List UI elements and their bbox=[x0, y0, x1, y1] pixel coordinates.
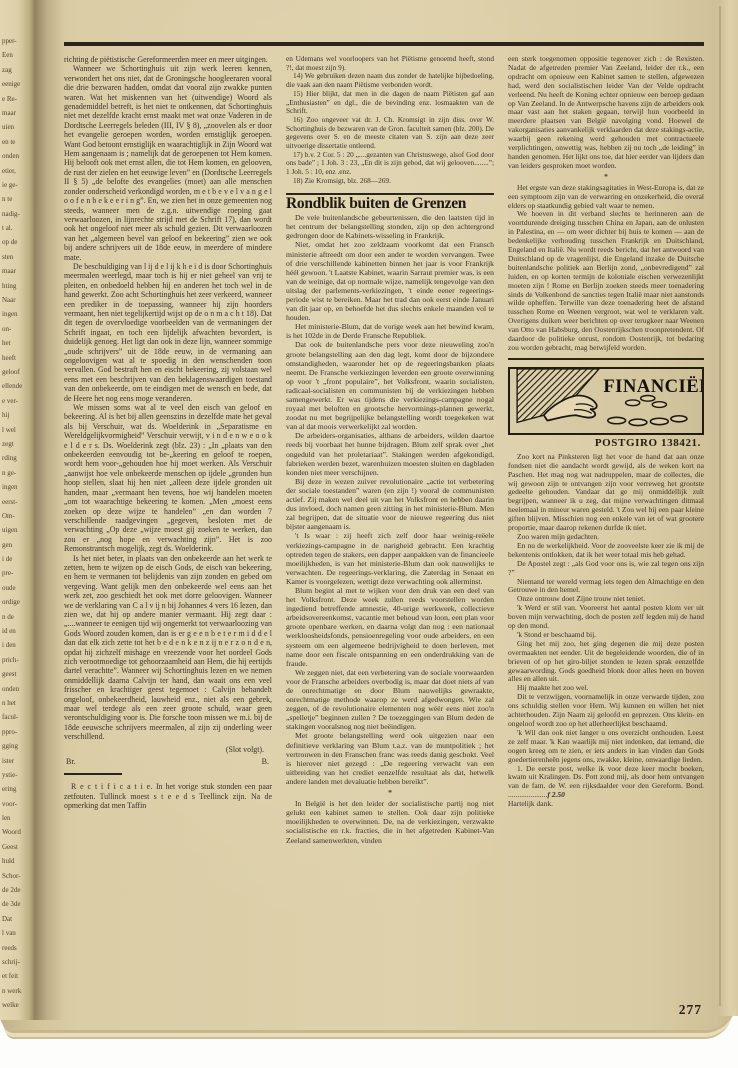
spine-fragment: heeft bbox=[2, 351, 34, 365]
spine-fragment: ingen bbox=[2, 480, 34, 494]
spine-fragment: hting bbox=[2, 279, 34, 293]
spine-fragment: maar bbox=[2, 264, 34, 278]
paragraph: Het ergste van deze stakingsagitaties in… bbox=[508, 184, 704, 211]
spine-fragment: ering bbox=[2, 782, 34, 796]
spine-fragment: voor- bbox=[2, 797, 34, 811]
closing-line: (Slot volgt). bbox=[64, 745, 264, 754]
author-initials-right: B. bbox=[262, 757, 269, 766]
page-paper: pper-Eenzageenigee Re-maaruienen teonden… bbox=[0, 0, 738, 1030]
spine-fragment: ystie- bbox=[2, 768, 34, 782]
spine-fragment: en te bbox=[2, 135, 34, 149]
spine-fragment: i den bbox=[2, 638, 34, 652]
donation-entry: 1. De eerste post, welke ik voor deze ke… bbox=[508, 765, 704, 801]
spine-fragment: ellende bbox=[2, 379, 34, 393]
spine-fragment: rding bbox=[2, 451, 34, 465]
thanks-line: Hartelijk dank. bbox=[508, 800, 704, 809]
rectification-note: R e c t i f i c a t i e. In het vorige s… bbox=[64, 782, 272, 810]
article-text: De vele buitenlandsche gebeurtenissen, d… bbox=[286, 213, 494, 786]
paragraph: Blum begint al met te wijken voor den dr… bbox=[286, 586, 494, 668]
spine-fragment: gen bbox=[2, 538, 34, 552]
spine-fragment: n werk bbox=[2, 984, 34, 998]
spine-fragment: onden bbox=[2, 149, 34, 163]
spine-fragment: Een bbox=[2, 48, 34, 62]
paragraph: De arbeiders-organisaties, althans de ar… bbox=[286, 431, 494, 476]
column-right: een sterk toegenomen oppositie tegenover… bbox=[508, 55, 704, 1015]
paragraph: Zoo kort na Pinksteren ligt het voor de … bbox=[508, 453, 704, 533]
paragraph: Met groote belangstelling werd ook uitge… bbox=[286, 731, 494, 786]
hand-dropping-coins-illustration: FINANCIËN bbox=[510, 369, 702, 433]
paragraph: We missen soms wat al te veel den eisch … bbox=[64, 403, 272, 554]
spine-fragment: eenige bbox=[2, 77, 34, 91]
page-content: richting de piëtistische Gereformeerden … bbox=[64, 42, 704, 1015]
paragraph: De vele buitenlandsche gebeurtenissen, d… bbox=[286, 213, 494, 240]
spine-fragment: Woord bbox=[2, 825, 34, 839]
spine-fragment: de 2de bbox=[2, 883, 34, 897]
footnote: 15) Hier blijkt, dat men in die dagen de… bbox=[286, 90, 494, 116]
footnote: en Udemans wel voorloopers van het Piëti… bbox=[286, 55, 494, 72]
paragraph: Is het niet beter, in plaats van den onb… bbox=[64, 554, 272, 742]
section-separator-star: * bbox=[508, 173, 704, 182]
financien-top-rule bbox=[508, 358, 704, 360]
spine-fragment: t al. bbox=[2, 221, 34, 235]
spine-fragment: l wel bbox=[2, 423, 34, 437]
spine-fragment: Schor- bbox=[2, 869, 34, 883]
spine-fragment: Naar bbox=[2, 293, 34, 307]
spine-fragment: Om- bbox=[2, 509, 34, 523]
spine-fragment: n ge- bbox=[2, 466, 34, 480]
spine-fragment: ingen bbox=[2, 307, 34, 321]
spine-fragment: l van bbox=[2, 926, 34, 940]
section-divider bbox=[64, 773, 122, 775]
financien-title: FINANCIËN bbox=[603, 376, 702, 397]
footnote: 18) Zie Kromsigt, blz. 268—269. bbox=[286, 177, 494, 186]
article-title: Rondblik buiten de Grenzen bbox=[286, 199, 494, 208]
spine-fragment: zegt bbox=[2, 437, 34, 451]
spine-fragment: schrij- bbox=[2, 955, 34, 969]
spine-fragment: id en bbox=[2, 624, 34, 638]
paragraph: Dat ook de buitenlandsche pers voor deze… bbox=[286, 340, 494, 431]
column-middle: en Udemans wel voorloopers van het Piëti… bbox=[286, 55, 494, 1015]
spine-fragment: n te bbox=[2, 192, 34, 206]
paragraph: Bij deze in wezen zuiver revolutionaire … bbox=[286, 477, 494, 532]
spine-fragment: zag bbox=[2, 63, 34, 77]
spine-fragment: len bbox=[2, 811, 34, 825]
scanned-page: pper-Eenzageenigee Re-maaruienen teonden… bbox=[0, 0, 738, 1068]
paragraph: In België is het den leider der socialis… bbox=[286, 799, 494, 844]
spine-fragment: pre- bbox=[2, 566, 34, 580]
donation-text: 1. De eerste post, welke ik voor deze ke… bbox=[508, 764, 704, 800]
column-left: richting de piëtistische Gereformeerden … bbox=[64, 55, 272, 1015]
financien-banner: FINANCIËN bbox=[508, 367, 704, 435]
spine-fragment: de 3de bbox=[2, 897, 34, 911]
signature-row: Br. B. bbox=[66, 757, 269, 766]
spine-fragment: Geest bbox=[2, 840, 34, 854]
spine-fragment: huld bbox=[2, 854, 34, 868]
spine-fragment: on- bbox=[2, 322, 34, 336]
paragraph: De beschuldiging van l ij d e l ij k h e… bbox=[64, 262, 272, 403]
paragraph: Ging het mij zoo, het ging degenen die m… bbox=[508, 640, 704, 685]
paragraph: Wanneer we Schortinghuis uit zijn werk l… bbox=[64, 64, 272, 262]
right-column-text-mid: Het ergste van deze stakingsagitaties in… bbox=[508, 184, 704, 353]
section-separator-star: * bbox=[286, 788, 494, 797]
spine-fragment: geest bbox=[2, 667, 34, 681]
footnotes-block: en Udemans wel voorloopers van het Piëti… bbox=[286, 55, 494, 186]
spine-fragment: ppro- bbox=[2, 725, 34, 739]
paragraph: We zeggen niet, dat een verbetering van … bbox=[286, 668, 494, 732]
spine-fragment: onden bbox=[2, 682, 34, 696]
postgiro-number: POSTGIRO 138421. bbox=[508, 439, 701, 448]
paragraph: Niemand ter wereld vermag iets tegen den… bbox=[508, 578, 704, 596]
spine-text-fragments: pper-Eenzageenigee Re-maaruienen teonden… bbox=[0, 0, 34, 1013]
top-rule bbox=[64, 42, 704, 46]
paragraph: 't Is waar : zij heeft zich zelf door ha… bbox=[286, 531, 494, 586]
spine-fragment: geloof bbox=[2, 365, 34, 379]
paragraph: 'k Wil dan ook niet langer u ons overzic… bbox=[508, 729, 704, 765]
donation-amount: f 2.50 bbox=[547, 790, 565, 799]
spine-fragment: n de bbox=[2, 610, 34, 624]
spine-fragment: n het bbox=[2, 696, 34, 710]
spine-fragment: sten bbox=[2, 250, 34, 264]
footnote: 14) We gebruiken dezen naam dus zonder d… bbox=[286, 72, 494, 89]
facing-page-edge: pper-Eenzageenigee Re-maaruienen teonden… bbox=[0, 0, 34, 1020]
paragraph: een sterk toegenomen oppositie tegenover… bbox=[508, 55, 704, 171]
page-number: 277 bbox=[679, 1006, 702, 1015]
spine-fragment: uigen bbox=[2, 523, 34, 537]
spine-fragment: i de bbox=[2, 552, 34, 566]
spine-fragment: nadig- bbox=[2, 207, 34, 221]
author-initials-left: Br. bbox=[66, 757, 76, 766]
paragraph: De Apostel zegt : „als God voor ons is, … bbox=[508, 560, 704, 578]
paragraph: We hoeven in dit verband slechts te heri… bbox=[508, 210, 704, 353]
spine-fragment: facul- bbox=[2, 710, 34, 724]
paragraph: Niet, omdat het zoo zeldzaam voorkomt da… bbox=[286, 240, 494, 322]
paragraph: En nu de werkelijkheid. Voor de zooveels… bbox=[508, 542, 704, 560]
spine-fragment: hij bbox=[2, 408, 34, 422]
spine-fragment: oude bbox=[2, 581, 34, 595]
spine-fragment: e ver- bbox=[2, 394, 34, 408]
footnote: 17) b.v. 2 Cor. 5 : 20 „....gezanten van… bbox=[286, 151, 494, 177]
spine-fragment: welke bbox=[2, 998, 34, 1012]
gutter-shadow bbox=[34, 0, 64, 1020]
spine-fragment: ister bbox=[2, 754, 34, 768]
paragraph: richting de piëtistische Gereformeerden … bbox=[64, 55, 272, 64]
spine-fragment: op de bbox=[2, 235, 34, 249]
spine-fragment: ie ge- bbox=[2, 178, 34, 192]
spine-fragment: ordige bbox=[2, 595, 34, 609]
spine-fragment: Dat bbox=[2, 912, 34, 926]
columns: richting de piëtistische Gereformeerden … bbox=[64, 55, 704, 1015]
paragraph: 'k Werd er stil van. Vooreerst het aanta… bbox=[508, 604, 704, 631]
paragraph: Het ministerie-Blum, dat de vorige week … bbox=[286, 322, 494, 340]
spine-fragment: e Re- bbox=[2, 92, 34, 106]
spine-fragment: reeds bbox=[2, 941, 34, 955]
spine-fragment: eerst- bbox=[2, 495, 34, 509]
footnote: 16) Zoo ongeveer vat dr. J. Ch. Kromsigt… bbox=[286, 116, 494, 151]
right-column-text-top: een sterk toegenomen oppositie tegenover… bbox=[508, 55, 704, 171]
spine-fragment: prich- bbox=[2, 653, 34, 667]
spine-fragment: pper- bbox=[2, 34, 34, 48]
right-column-text-bottom: Zoo kort na Pinksteren ligt het voor de … bbox=[508, 453, 704, 765]
spine-fragment: etier, bbox=[2, 164, 34, 178]
rectification-label: R e c t i f i c a t i e. bbox=[71, 782, 153, 791]
article-text-continued: In België is het den leider der socialis… bbox=[286, 799, 494, 844]
left-column-text: richting de piëtistische Gereformeerden … bbox=[64, 55, 272, 742]
spine-fragment: maar bbox=[2, 106, 34, 120]
page-right-edge bbox=[718, 0, 738, 1016]
paragraph: Dit te verzwijgen, voornamelijk in onze … bbox=[508, 693, 704, 729]
spine-fragment: et feit bbox=[2, 969, 34, 983]
spine-fragment: uien bbox=[2, 120, 34, 134]
page-edge-line bbox=[719, 6, 721, 1006]
spine-fragment: gging bbox=[2, 739, 34, 753]
spine-fragment: het bbox=[2, 336, 34, 350]
